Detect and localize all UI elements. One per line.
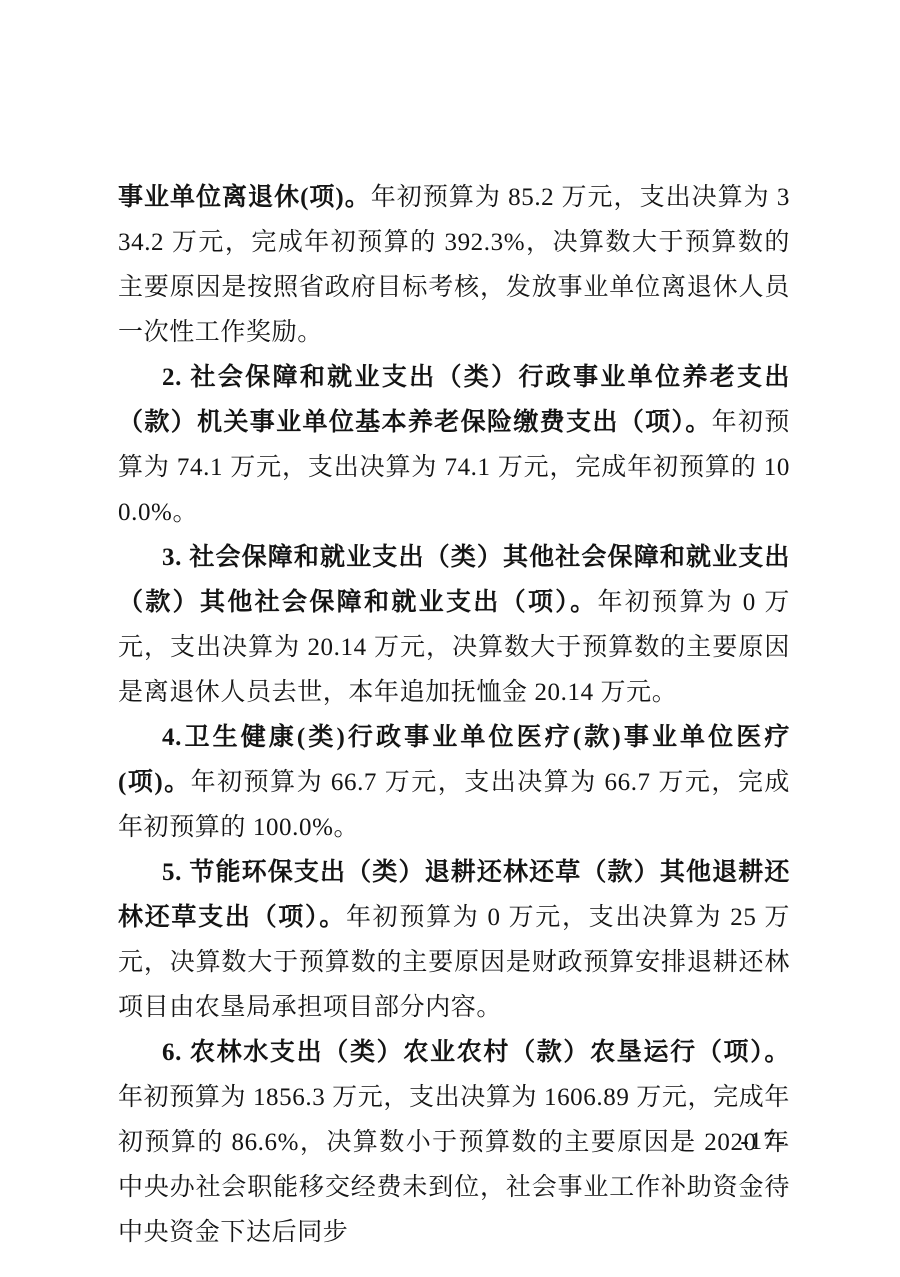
paragraph-1-heading: 事业单位离退休(项)。 — [118, 184, 371, 211]
paragraph-6: 6. 农林水支出（类）农业农村（款）农垦运行（项）。年初预算为 1856.3 万… — [118, 1030, 790, 1255]
document-page: 事业单位离退休(项)。年初预算为 85.2 万元，支出决算为 334.2 万元，… — [0, 0, 900, 1277]
paragraph-6-body: 年初预算为 1856.3 万元，支出决算为 1606.89 万元，完成年初预算的… — [118, 1084, 790, 1246]
document-content: 事业单位离退休(项)。年初预算为 85.2 万元，支出决算为 334.2 万元，… — [118, 175, 790, 1255]
paragraph-1: 事业单位离退休(项)。年初预算为 85.2 万元，支出决算为 334.2 万元，… — [118, 175, 790, 355]
page-number: -17- — [740, 1124, 786, 1160]
paragraph-4: 4.卫生健康(类)行政事业单位医疗(款)事业单位医疗(项)。年初预算为 66.7… — [118, 715, 790, 850]
paragraph-2-heading: 2. 社会保障和就业支出（类）行政事业单位养老支出（款）机关事业单位基本养老保险… — [118, 364, 790, 436]
paragraph-2: 2. 社会保障和就业支出（类）行政事业单位养老支出（款）机关事业单位基本养老保险… — [118, 355, 790, 535]
paragraph-3: 3. 社会保障和就业支出（类）其他社会保障和就业支出（款）其他社会保障和就业支出… — [118, 535, 790, 715]
paragraph-6-heading: 6. 农林水支出（类）农业农村（款）农垦运行（项）。 — [162, 1039, 790, 1066]
paragraph-5: 5. 节能环保支出（类）退耕还林还草（款）其他退耕还林还草支出（项）。年初预算为… — [118, 850, 790, 1030]
paragraph-4-body: 年初预算为 66.7 万元，支出决算为 66.7 万元，完成年初预算的 100.… — [118, 769, 790, 841]
